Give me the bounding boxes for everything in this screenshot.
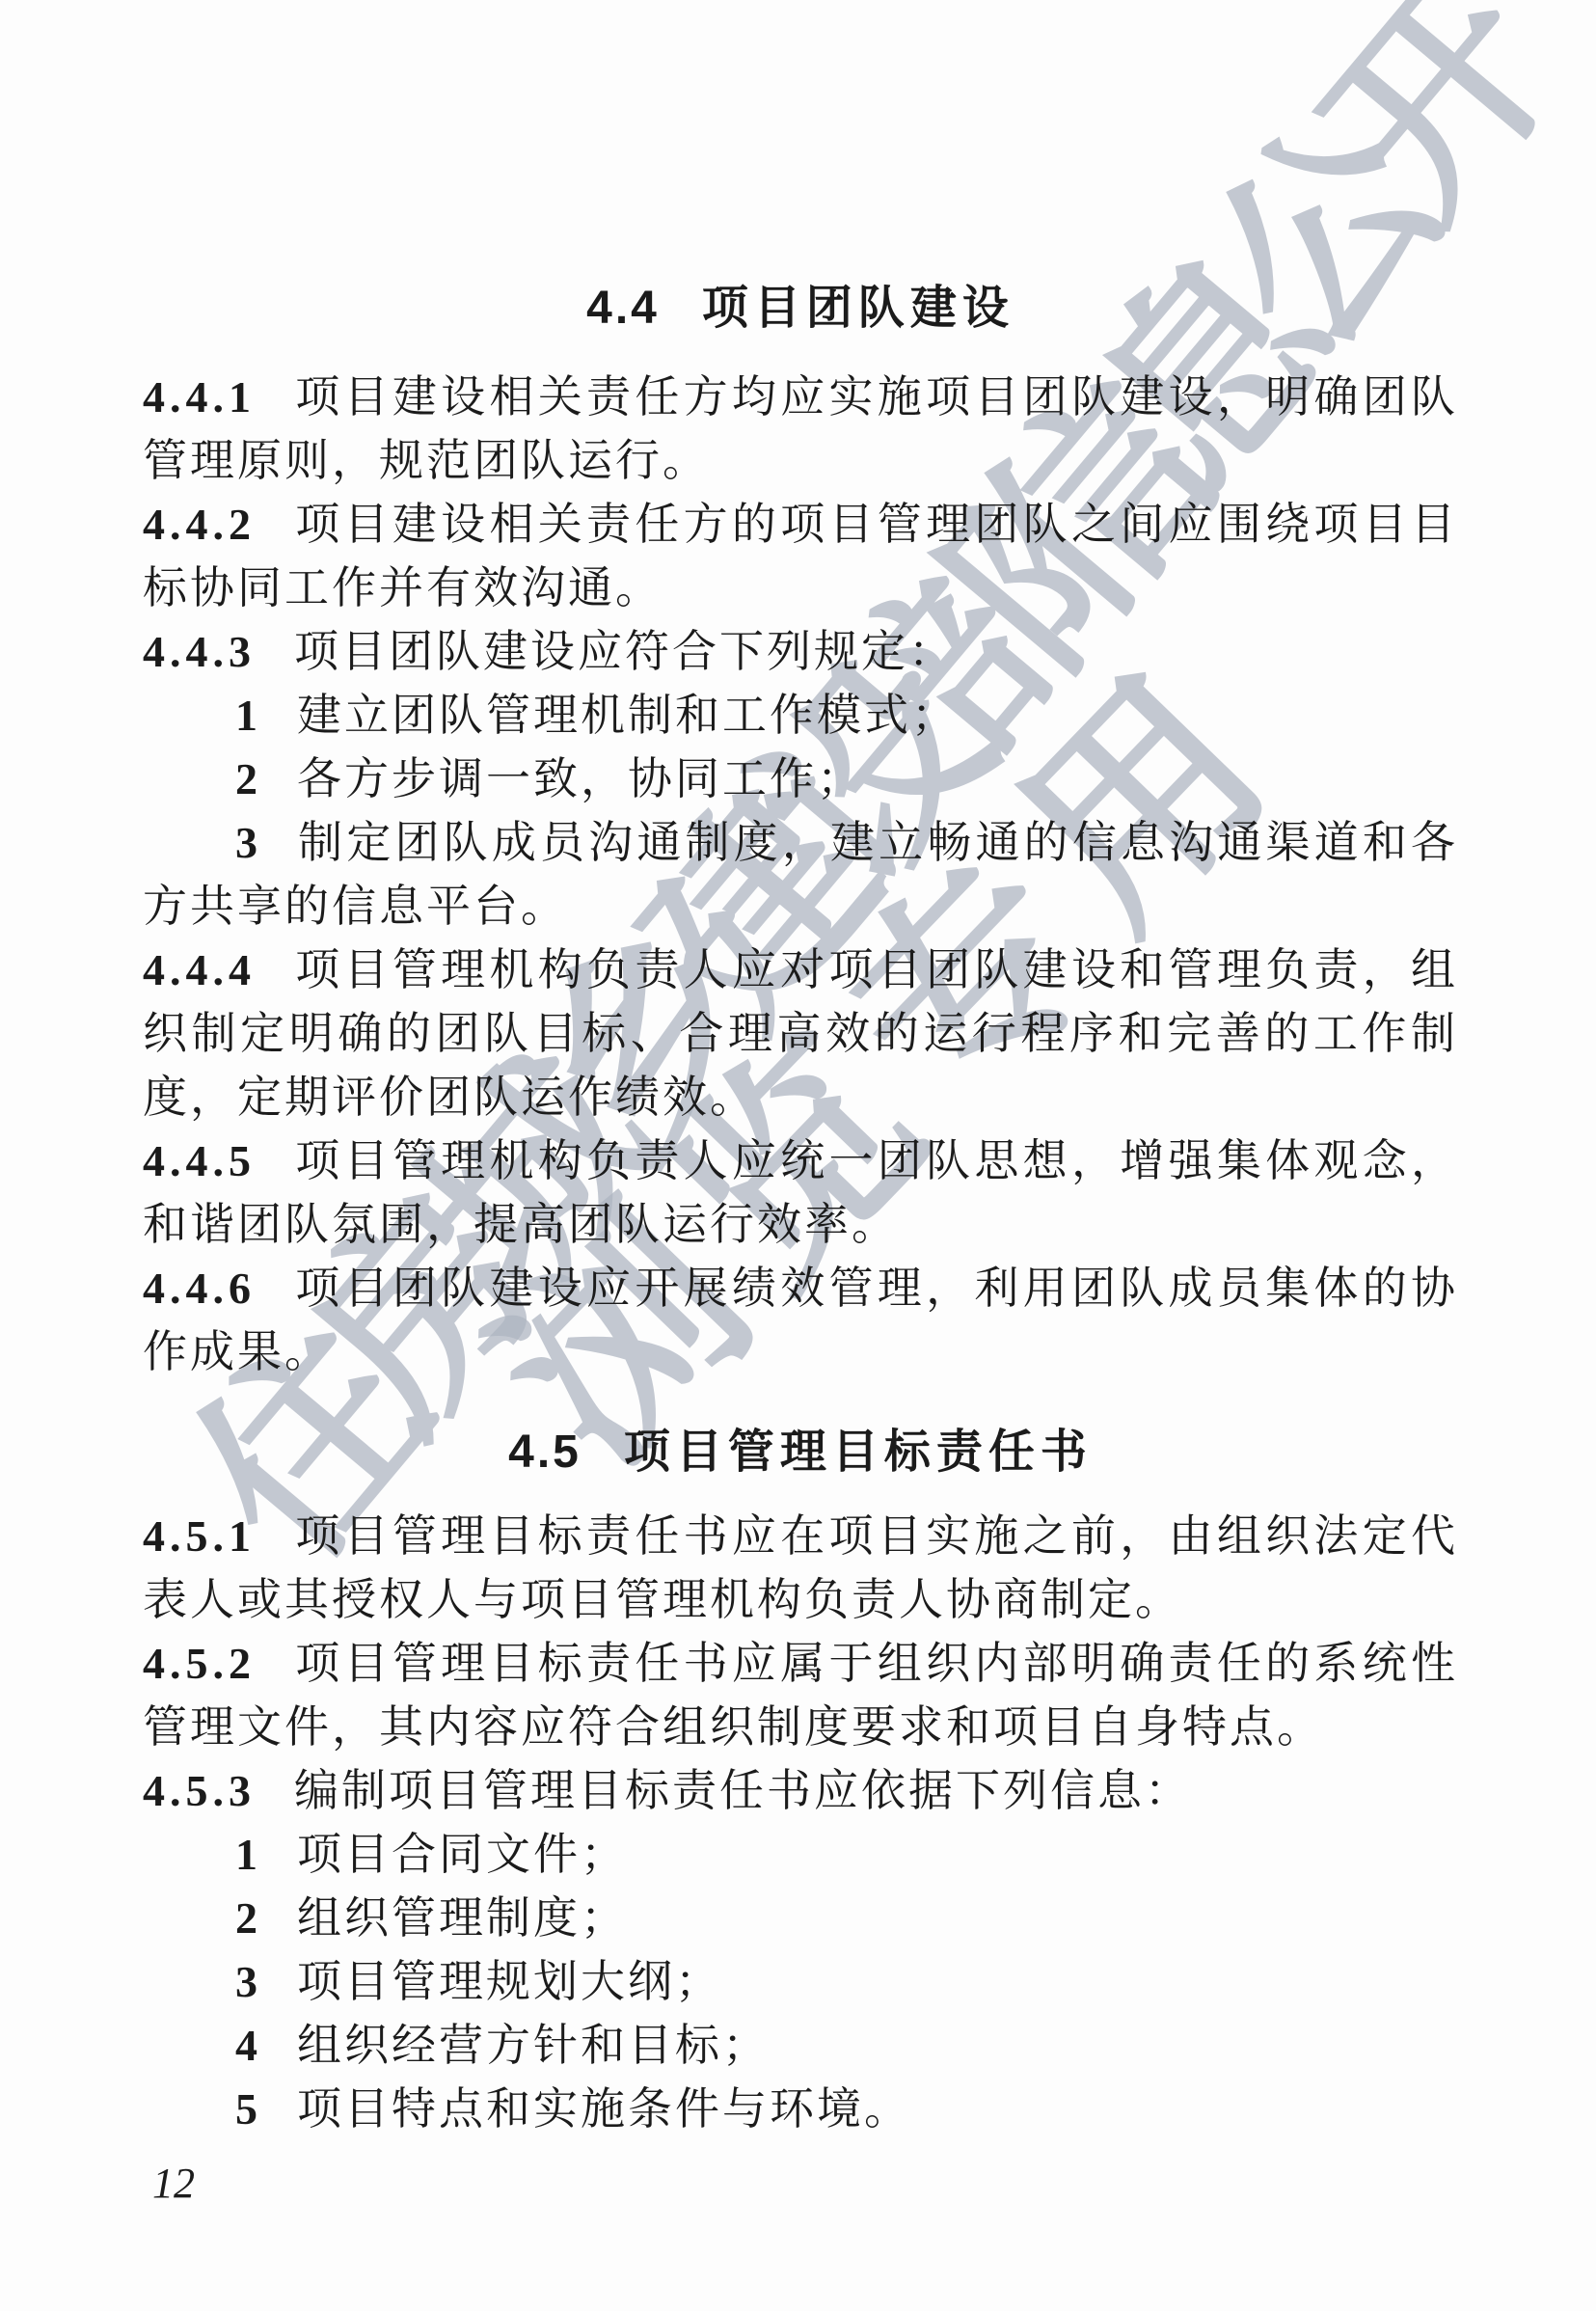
- block-text: 编制项目管理目标责任书应依据下列信息：: [294, 1766, 1192, 1815]
- clause-4.5.2: 4.5.2项目管理目标责任书应属于组织内部明确责任的系统性管理文件，其内容应符合…: [143, 1632, 1458, 1759]
- block-number: 3: [235, 818, 260, 867]
- block-text: 项目特点和实施条件与环境。: [297, 2084, 911, 2134]
- clause-4.4.5: 4.4.5项目管理机构负责人应统一团队思想，增强集体观念，和谐团队氛围，提高团队…: [143, 1129, 1458, 1257]
- block-number: 1: [235, 691, 260, 740]
- block-number: 5: [235, 2084, 260, 2134]
- block-number: 4.5.1: [143, 1511, 256, 1561]
- item-1: 1建立团队管理机制和工作模式；: [143, 684, 1458, 748]
- item-5: 5项目特点和实施条件与环境。: [143, 2078, 1458, 2141]
- block-text: 各方步调一致，协同工作；: [297, 754, 864, 803]
- block-number: 4.4.1: [143, 372, 256, 421]
- item-2: 2组织管理制度；: [143, 1887, 1458, 1950]
- block-text: 制定团队成员沟通制度，建立畅通的信息沟通渠道和各方共享的信息平台。: [143, 818, 1458, 931]
- section-title: 项目管理目标责任书: [624, 1427, 1093, 1478]
- block-text: 项目建设相关责任方均应实施项目团队建设，明确团队管理原则，规范团队运行。: [143, 372, 1458, 485]
- section-heading-4.5: 4.5项目管理目标责任书: [143, 1421, 1458, 1484]
- block-number: 2: [235, 754, 260, 803]
- block-number: 4.5.2: [143, 1639, 256, 1688]
- section-number: 4.4: [586, 283, 660, 334]
- clause-4.4.4: 4.4.4项目管理机构负责人应对项目团队建设和管理负责，组织制定明确的团队目标、…: [143, 938, 1458, 1129]
- clause-4.5.1: 4.5.1项目管理目标责任书应在项目实施之前，由组织法定代表人或其授权人与项目管…: [143, 1505, 1458, 1632]
- block-text: 项目管理目标责任书应在项目实施之前，由组织法定代表人或其授权人与项目管理机构负责…: [143, 1511, 1458, 1624]
- block-number: 4.4.5: [143, 1136, 256, 1185]
- clause-4.4.3: 4.4.3项目团队建设应符合下列规定：: [143, 620, 1458, 684]
- block-number: 1: [235, 1830, 260, 1879]
- block-number: 4.5.3: [143, 1766, 256, 1815]
- clause-4.4.6: 4.4.6项目团队建设应开展绩效管理，利用团队成员集体的协作成果。: [143, 1257, 1458, 1384]
- block-text: 项目管理机构负责人应统一团队思想，增强集体观念，和谐团队氛围，提高团队运行效率。: [143, 1136, 1458, 1249]
- block-text: 项目团队建设应符合下列规定：: [294, 627, 956, 676]
- block-number: 4.4.6: [143, 1264, 256, 1313]
- block-text: 项目团队建设应开展绩效管理，利用团队成员集体的协作成果。: [143, 1264, 1458, 1376]
- section-title: 项目团队建设: [702, 283, 1014, 334]
- section-heading-4.4: 4.4项目团队建设: [143, 277, 1458, 340]
- block-text: 项目管理规划大纲；: [297, 1957, 722, 2006]
- block-text: 建立团队管理机制和工作模式；: [297, 691, 959, 740]
- block-text: 组织经营方针和目标；: [297, 2021, 770, 2070]
- block-text: 项目建设相关责任方的项目管理团队之间应围绕项目目标协同工作并有效沟通。: [143, 500, 1458, 612]
- item-3: 3制定团队成员沟通制度，建立畅通的信息沟通渠道和各方共享的信息平台。: [143, 811, 1458, 938]
- block-number: 4.4.2: [143, 500, 256, 549]
- block-number: 3: [235, 1957, 260, 2006]
- item-4: 4组织经营方针和目标；: [143, 2014, 1458, 2078]
- page-content: 4.4项目团队建设4.4.1项目建设相关责任方均应实施项目团队建设，明确团队管理…: [143, 277, 1458, 2141]
- block-text: 项目合同文件；: [297, 1830, 628, 1879]
- block-number: 2: [235, 1893, 260, 1943]
- clause-4.4.1: 4.4.1项目建设相关责任方均应实施项目团队建设，明确团队管理原则，规范团队运行…: [143, 366, 1458, 493]
- clause-4.5.3: 4.5.3编制项目管理目标责任书应依据下列信息：: [143, 1759, 1458, 1823]
- block-text: 项目管理机构负责人应对项目团队建设和管理负责，组织制定明确的团队目标、合理高效的…: [143, 945, 1458, 1122]
- block-number: 4: [235, 2021, 260, 2070]
- item-2: 2各方步调一致，协同工作；: [143, 748, 1458, 811]
- block-number: 4.4.3: [143, 627, 256, 676]
- document-page: 住房城乡建设部信息公开 浏览专用 4.4项目团队建设4.4.1项目建设相关责任方…: [0, 0, 1596, 2311]
- block-number: 4.4.4: [143, 945, 256, 994]
- block-text: 项目管理目标责任书应属于组织内部明确责任的系统性管理文件，其内容应符合组织制度要…: [143, 1639, 1458, 1752]
- page-number: 12: [152, 2155, 195, 2213]
- item-3: 3项目管理规划大纲；: [143, 1950, 1458, 2014]
- item-1: 1项目合同文件；: [143, 1823, 1458, 1887]
- block-text: 组织管理制度；: [297, 1893, 628, 1943]
- section-number: 4.5: [508, 1427, 582, 1478]
- clause-4.4.2: 4.4.2项目建设相关责任方的项目管理团队之间应围绕项目目标协同工作并有效沟通。: [143, 493, 1458, 620]
